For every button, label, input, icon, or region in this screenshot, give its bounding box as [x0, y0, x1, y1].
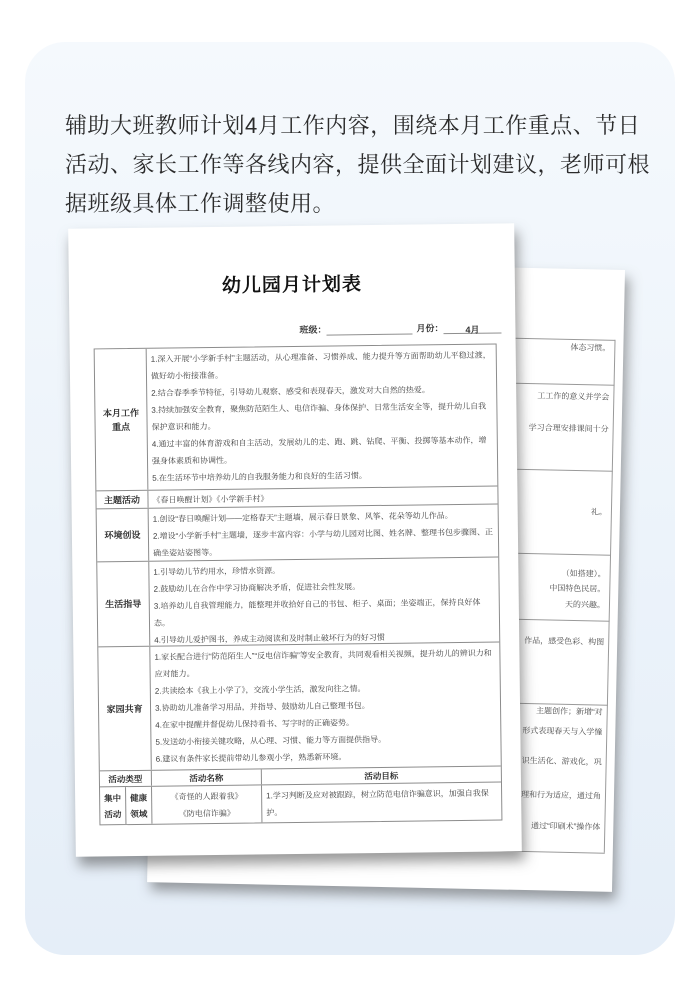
row-label: 家园共育 — [98, 647, 151, 771]
table-row: 本月工作重点 1.深入开展“小学新手村”主题活动，从心理准备、习惯养成、能力提升… — [95, 345, 498, 491]
content-item: 1.深入开展“小学新手村”主题活动，从心理准备、习惯养成、能力提升等方面帮助幼儿… — [151, 347, 493, 385]
activity-name-header: 活动名称 — [152, 769, 262, 785]
content-item: 3.培养幼儿自我管理能力，能整理并收拾好自己的书包、柜子、桌面；坐姿端正，保持良… — [154, 594, 496, 632]
table-row: 家园共育 1.家长配合进行“防范陌生人”“反电信诈骗”等安全教育，共同观看相关视… — [98, 642, 500, 771]
class-month-line: 班级：月份：4月 — [299, 320, 501, 335]
activity-name: 《奇怪的人跟着我》 — [152, 787, 261, 805]
page2-text-fragment: 礼。 — [591, 506, 607, 517]
month-underline: 4月 — [443, 322, 501, 334]
row-label: 环境创设 — [97, 509, 150, 562]
page2-text-fragment: 天的兴趣。 — [565, 599, 605, 611]
page2-text-fragment: 识生活化、游戏化，巩 — [522, 755, 602, 768]
content-item: 6.建议有条件家长提前带幼儿参观小学，熟悉新环境。 — [156, 747, 498, 768]
page2-text-fragment: 形式表现春天与入学憧 — [522, 725, 602, 738]
activity-goal-header: 活动目标 — [262, 767, 501, 785]
content-item: 《春日唤醒计划》《小学新手村》 — [152, 490, 268, 508]
document-page-1: 幼儿园月计划表 班级：月份：4月 本月工作重点 1.深入开展“小学新手村”主题活… — [68, 223, 522, 856]
class-blank-underline — [326, 324, 412, 336]
page2-text-fragment: 通过“印刷术”操作体 — [531, 820, 601, 832]
content-item: 4.通过丰富的体育游戏和自主活动，发展幼儿的走、跑、跳、钻爬、平衡、投掷等基本动… — [152, 432, 494, 470]
class-label: 班级： — [299, 325, 326, 335]
table-row: 环境创设 1.创设“春日唤醒计划——定格春天”主题墙，展示春日景象、风筝、花朵等… — [97, 504, 499, 562]
row-label: 生活指导 — [97, 562, 150, 647]
intro-text: 辅助大班教师计划4月工作内容，围绕本月工作重点、节日活动、家长工作等各线内容，提… — [65, 106, 650, 223]
assistant-message-card: 辅助大班教师计划4月工作内容，围绕本月工作重点、节日活动、家长工作等各线内容，提… — [25, 42, 675, 955]
page2-text-fragment: （如搭建）。 — [562, 568, 606, 580]
page2-text-fragment: 作品，感受色彩、构图 — [524, 635, 604, 648]
page-title: 幼儿园月计划表 — [69, 267, 515, 299]
month-value: 4月 — [465, 325, 479, 335]
activity-data-row: 集中活动 健康领域 《奇怪的人跟着我》 《防电信诈骗》 1.学习判断及应对被跟踪… — [100, 782, 501, 825]
monthly-plan-table: 本月工作重点 1.深入开展“小学新手村”主题活动，从心理准备、习惯养成、能力提升… — [94, 344, 503, 826]
row-content: 1.引导幼儿节约用水，珍惜水资源。 2.鼓励幼儿在合作中学习协商解决矛盾，促进社… — [149, 558, 499, 646]
activity-domain-cell: 健康领域 — [126, 787, 152, 824]
page2-text-fragment: 体态习惯。 — [570, 342, 610, 354]
page2-table-right-border — [604, 340, 616, 853]
activity-type-header: 活动类型 — [100, 771, 152, 787]
activity-name: 《防电信诈骗》 — [152, 804, 261, 822]
row-content: 1.家长配合进行“防范陌生人”“反电信诈骗”等安全教育，共同观看相关视频，提升幼… — [150, 643, 500, 770]
table-row: 生活指导 1.引导幼儿节约用水，珍惜水资源。 2.鼓励幼儿在合作中学习协商解决矛… — [97, 557, 499, 647]
content-item: 5.在生活环节中培养幼儿的自我服务能力和良好的生活习惯。 — [152, 466, 494, 487]
content-item: 1.家长配合进行“防范陌生人”“反电信诈骗”等安全教育，共同观看相关视频，提升幼… — [154, 645, 496, 683]
row-content: 1.创设“春日唤醒计划——定格春天”主题墙，展示春日景象、风筝、花朵等幼儿作品。… — [149, 505, 499, 561]
activity-type-cell: 集中活动 — [100, 787, 126, 824]
row-content: 1.深入开展“小学新手村”主题活动，从心理准备、习惯养成、能力提升等方面帮助幼儿… — [147, 345, 498, 490]
content-item: 3.持续加强安全教育，聚焦防范陌生人、电信诈骗、身体保护、日常生活安全等，提升幼… — [151, 398, 493, 436]
page2-text-fragment: 工工作的意义并学会 — [537, 390, 609, 403]
screen: 辅助大班教师计划4月工作内容，围绕本月工作重点、节日活动、家长工作等各线内容，提… — [0, 0, 700, 1000]
activity-name-cell: 《奇怪的人跟着我》 《防电信诈骗》 — [152, 785, 262, 823]
row-label: 主题活动 — [96, 491, 148, 509]
activity-goal: 1.学习判断及应对被跟踪，树立防范电信诈骗意识，加强自我保护。 — [266, 785, 498, 822]
page2-text-fragment: 理和行为适应，通过角 — [521, 789, 601, 802]
row-label: 本月工作重点 — [95, 349, 149, 491]
content-item: 2.增设“小学新手村”主题墙，逐步丰富内容：小学与幼儿园对比图、姓名牌、整理书包… — [153, 524, 495, 562]
page2-text-fragment: 中国特色民居。 — [549, 582, 605, 594]
page2-text-fragment: 学习合理安排课间十分 — [529, 422, 609, 435]
activity-goal-cell: 1.学习判断及应对被跟踪，树立防范电信诈骗意识，加强自我保护。 2.了解并学习整… — [262, 783, 501, 823]
month-label: 月份： — [416, 323, 443, 333]
page2-text-fragment: 主题创作；新增“对 — [536, 705, 603, 717]
